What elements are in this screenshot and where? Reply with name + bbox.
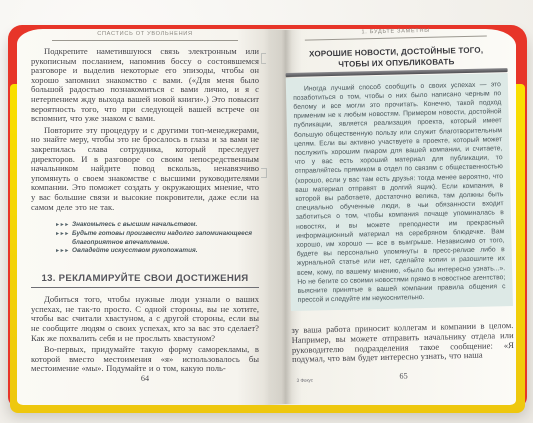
running-head-left: СПАСТИСЬ ОТ УВОЛЬНЕНИЯ: [52, 31, 239, 41]
chapter-heading: 13. РЕКЛАМИРУЙТЕ СВОИ ДОСТИЖЕНИЯ: [31, 273, 259, 288]
list-item: ►►► Будьте готовы произвести надолго зап…: [55, 230, 259, 248]
list-item-text: Будьте готовы произвести надолго запомин…: [72, 230, 252, 246]
callout-title: ХОРОШИЕ НОВОСТИ, ДОСТОЙНЫЕ ТОГО, ЧТОБЫ И…: [285, 45, 507, 71]
running-head-right: 1. БУДЬТЕ ЗАМЕТНЫ: [305, 27, 487, 41]
book-photo: СПАСТИСЬ ОТ УВОЛЬНЕНИЯ Подкрепите намети…: [0, 0, 533, 423]
key-points-list: ►►► Знакомьтесь с высшим начальством. ►►…: [55, 221, 259, 256]
paragraph: зу ваша работа приносит коллегам и компа…: [291, 321, 514, 364]
callout-body: Иногда лучший способ сообщить о своих ус…: [293, 80, 506, 306]
callout-box: Иногда лучший способ сообщить о своих ус…: [286, 73, 513, 312]
paragraph: Добиться того, чтобы нужные люди узнали …: [31, 295, 259, 343]
paragraph: Повторите эту процедуру и с другими топ-…: [31, 126, 259, 212]
print-artifact: [261, 168, 267, 178]
list-item-text: Знакомьтесь с высшим начальством.: [72, 221, 197, 228]
triple-arrow-icon: ►►►: [55, 230, 69, 239]
list-item: ►►► Овладейте искусством рукопожатия.: [55, 247, 259, 256]
right-page: 1. БУДЬТЕ ЗАМЕТНЫ ХОРОШИЕ НОВОСТИ, ДОСТО…: [285, 22, 515, 399]
paragraph: Подкрепите наметившуюся связь электронны…: [31, 47, 259, 124]
triple-arrow-icon: ►►►: [55, 247, 69, 256]
left-page: СПАСТИСЬ ОТ УВОЛЬНЕНИЯ Подкрепите намети…: [31, 27, 259, 399]
paragraph: Во-первых, придумайте такую форму саморе…: [31, 345, 259, 374]
page-number-right: 65: [292, 369, 514, 383]
triple-arrow-icon: ►►►: [55, 221, 69, 230]
print-artifact: [261, 53, 266, 64]
list-item: ►►► Знакомьтесь с высшим начальством.: [55, 221, 259, 230]
page-number-left: 64: [31, 374, 259, 383]
list-item-text: Овладейте искусством рукопожатия.: [72, 247, 198, 254]
